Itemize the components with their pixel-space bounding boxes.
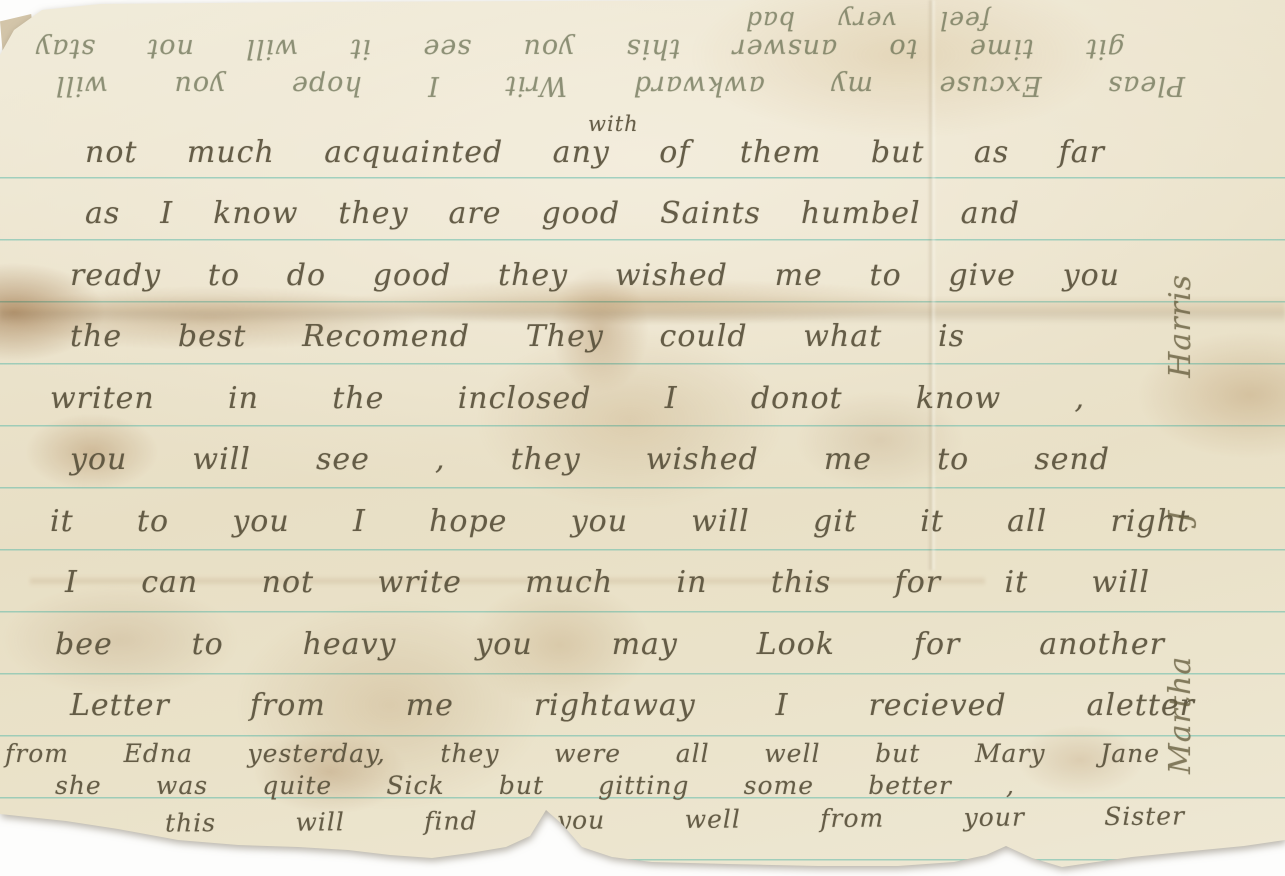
letter-line: as I know they are good Saints humbel an… [85,197,1020,230]
inverted-postscript-line: feel very bad [745,6,990,35]
letter-line: ready to do good they wished me to give … [70,259,1120,292]
letter-scan: Pleas Excuse my awkward Writ I hope you … [0,0,1285,876]
letter-line: you will see , they wished me to send [70,443,1110,476]
paper-shadow-wrap: Pleas Excuse my awkward Writ I hope you … [0,0,1285,876]
letter-paper: Pleas Excuse my awkward Writ I hope you … [0,0,1285,876]
inverted-postscript-line: git time to answer this you see it will … [35,33,1125,64]
letter-line: from Edna yesterday, they were all well … [5,740,1160,768]
letter-line: Letter from me rightaway I recieved alet… [70,689,1195,722]
letter-line: bee to heavy you may Look for another [55,628,1165,661]
letter-line: it to you I hope you will git it all rig… [50,505,1190,538]
inverted-postscript-line: Pleas Excuse my awkward Writ I hope you … [55,70,1185,101]
letter-line: writen in the inclosed I donot know , [50,382,1085,415]
margin-signature: Martha J Harris [1163,274,1207,774]
letter-line: the best Recomend They could what is [70,320,965,353]
letter-line: not much acquainted any of them but as f… [85,136,1105,169]
letter-line: I can not write much in this for it will [65,566,1150,599]
letter-line: she was quite Sick but gitting some bett… [55,772,1015,800]
inserted-word-with: with [588,112,639,136]
